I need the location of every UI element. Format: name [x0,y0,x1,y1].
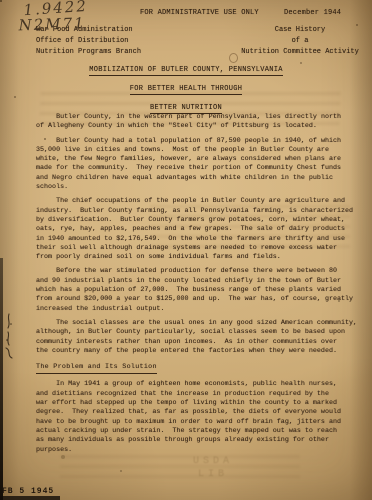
case-history-line-2: of a [228,36,372,47]
dust-specks [0,0,2,2]
paragraph-6: In May 1941 a group of eighteen home eco… [36,380,366,454]
agency-line-1: War Food Administration [36,25,141,36]
scan-edge-shadow [0,258,3,500]
scanned-document-page: 1.9422 N2M71 FOR ADMINISTRATIVE USE ONLY… [0,0,372,500]
agency-line-3: Nutrition Programs Branch [36,47,141,58]
section-heading: The Problem and Its Solution [36,363,366,374]
perforation-stamp-line1: USDA [168,455,258,468]
case-history-block: Case History of a Nutrition Committee Ac… [228,25,372,58]
paragraph-3: The chief occupations of the people in B… [36,197,366,262]
document-date: December 1944 [284,9,341,17]
pencil-circle-mark [229,53,238,63]
paragraph-5: The social classes are the usual ones in… [36,319,366,356]
case-history-line-3: Nutrition Committee Activity [228,47,372,58]
handwritten-margin-mark [3,312,17,367]
agency-block: War Food Administration Office of Distri… [36,25,141,58]
scan-edge-shadow-bottom [0,496,60,500]
perforation-stamp-line2: LIB [168,468,258,481]
paragraph-4: Before the war stimulated production for… [36,267,366,313]
classification-banner: FOR ADMINISTRATIVE USE ONLY [140,9,259,17]
title-line-1: MOBILIZATION OF BUTLER COUNTY, PENNSYLVA… [89,66,283,76]
body-text: Butler County, in the western part of Pe… [36,113,366,460]
agency-line-2: Office of Distribution [36,36,141,47]
title-line-2: FOR BETTER HEALTH THROUGH [130,85,243,95]
paragraph-1: Butler County, in the western part of Pe… [36,113,366,132]
perforation-stamp: USDA LIB [168,455,258,481]
received-date-stamp: FB 5 1945 [2,487,54,496]
case-history-line-1: Case History [228,25,372,36]
paragraph-2: Butler County had a total population of … [36,137,366,193]
